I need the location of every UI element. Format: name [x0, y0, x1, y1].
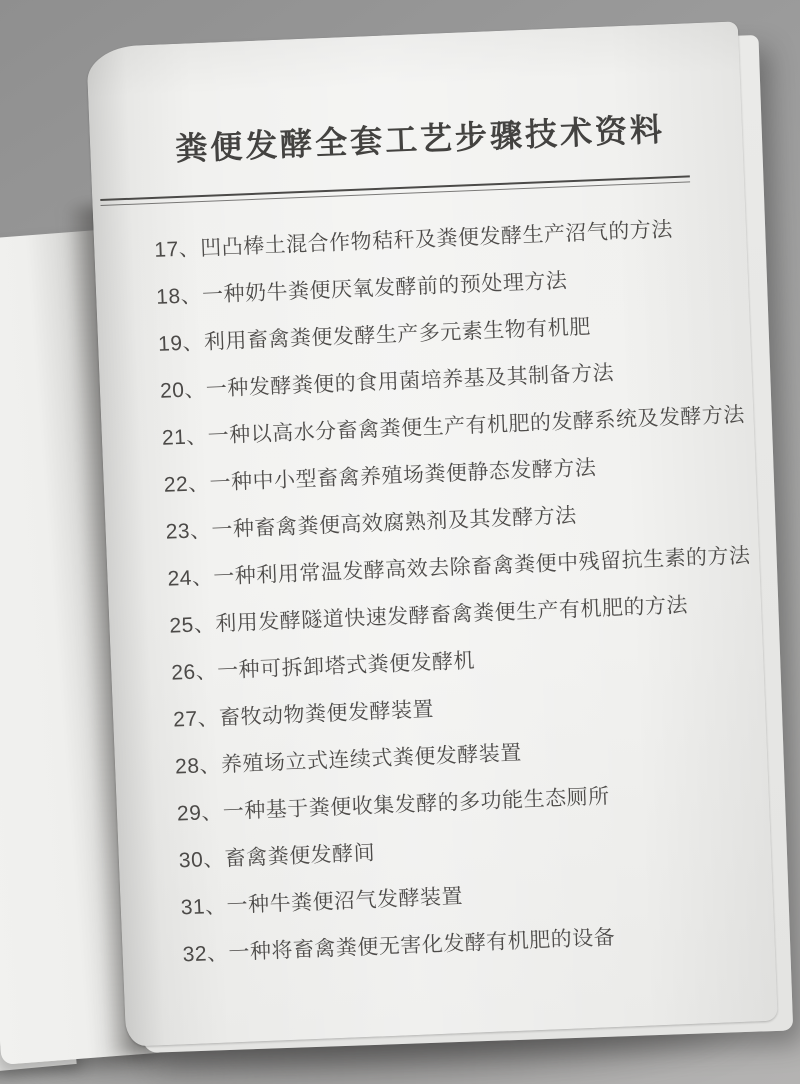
page-content: 粪便发酵全套工艺步骤技术资料 17、凹凸棒土混合作物秸秆及粪便发酵生产沼气的方法… — [86, 21, 778, 1046]
book-page: 粪便发酵全套工艺步骤技术资料 17、凹凸棒土混合作物秸秆及粪便发酵生产沼气的方法… — [86, 21, 778, 1046]
list-item: 25、利用发酵隧道快速发酵畜禽粪便生产有机肥的方法 — [169, 594, 721, 637]
toc-list: 17、凹凸棒土混合作物秸秆及粪便发酵生产沼气的方法 18、一种奶牛粪便厌氧发酵前… — [142, 218, 735, 966]
list-item: 18、一种奶牛粪便厌氧发酵前的预处理方法 — [156, 265, 708, 308]
list-item: 20、一种发酵粪便的食用菌培养基及其制备方法 — [160, 359, 712, 402]
list-item: 26、一种可拆卸塔式粪便发酵机 — [171, 641, 723, 684]
list-item: 19、利用畜禽粪便发酵生产多元素生物有机肥 — [158, 312, 710, 355]
list-item: 22、一种中小型畜禽养殖场粪便静态发酵方法 — [163, 453, 715, 496]
list-item: 23、一种畜禽粪便高效腐熟剂及其发酵方法 — [165, 500, 717, 543]
list-item: 30、畜禽粪便发酵间 — [179, 829, 731, 872]
list-item: 21、一种以高水分畜禽粪便生产有机肥的发酵系统及发酵方法 — [162, 406, 714, 449]
list-item: 32、一种将畜禽粪便无害化发酵有机肥的设备 — [182, 923, 734, 966]
list-item: 17、凹凸棒土混合作物秸秆及粪便发酵生产沼气的方法 — [154, 218, 706, 261]
list-item: 27、畜牧动物粪便发酵装置 — [173, 688, 725, 731]
list-item: 28、养殖场立式连续式粪便发酵装置 — [175, 735, 727, 778]
list-item: 29、一种基于粪便收集发酵的多功能生态厕所 — [177, 782, 729, 825]
book-photo-scene: 粪便发酵全套工艺步骤技术资料 17、凹凸棒土混合作物秸秆及粪便发酵生产沼气的方法… — [0, 0, 800, 1084]
list-item: 31、一种牛粪便沼气发酵装置 — [180, 876, 732, 919]
list-item: 24、一种利用常温发酵高效去除畜禽粪便中残留抗生素的方法 — [167, 547, 719, 590]
page-title: 粪便发酵全套工艺步骤技术资料 — [138, 109, 703, 170]
title-divider — [100, 176, 690, 207]
